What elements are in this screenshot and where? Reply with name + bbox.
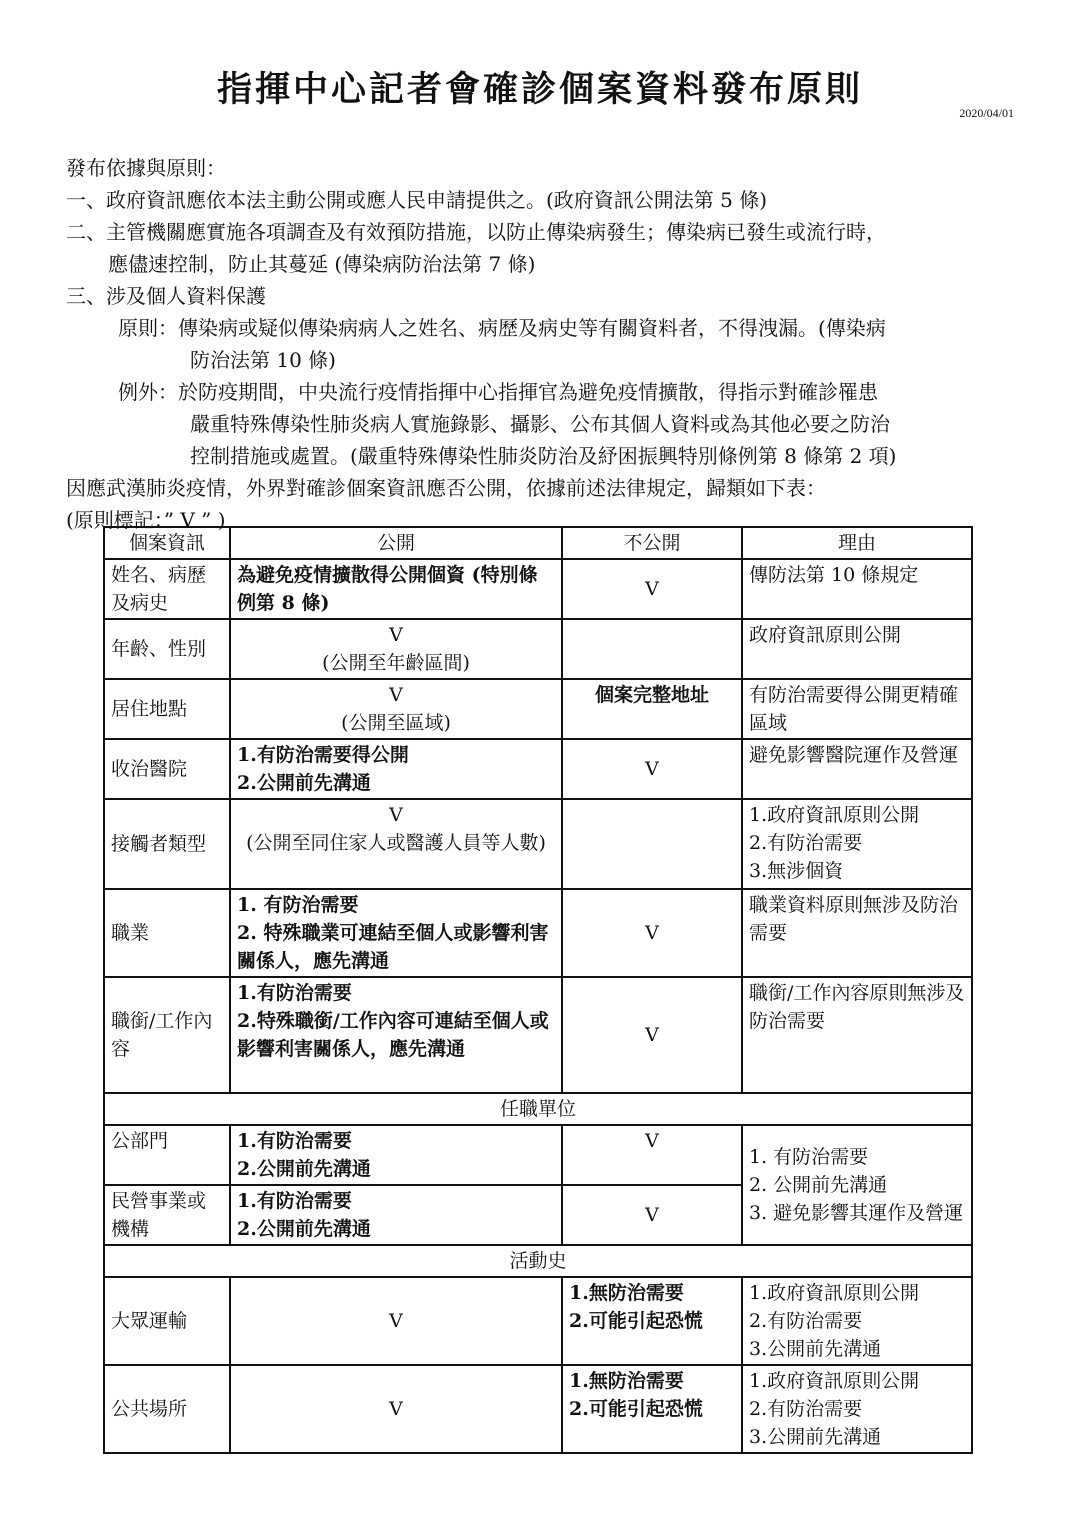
private-item: 2.可能引起恐慌 (569, 1395, 735, 1423)
public-item: 2.特殊職銜/工作內容可連結至個人或影響利害關係人，應先溝通 (237, 1007, 555, 1063)
cell-info: 收治醫院 (104, 739, 230, 799)
private-item: 1.無防治需要 (569, 1279, 735, 1307)
public-item: 1.有防治需要 (237, 1127, 555, 1155)
table-row: 姓名、病歷及病史 為避免疫情擴散得公開個資 (特別條例第 8 條) V 傳防法第… (104, 559, 972, 619)
reason-item: 1. 有防治需要 (749, 1143, 965, 1171)
reason-item: 3.無涉個資 (749, 857, 965, 885)
cell-public: V (230, 1365, 562, 1453)
table-row: 收治醫院 1.有防治需要得公開 2.公開前先溝通 V 避免影響醫院運作及營運 (104, 739, 972, 799)
reason-item: 2. 公開前先溝通 (749, 1171, 965, 1199)
summary-text: 因應武漢肺炎疫情，外界對確診個案資訊應否公開，依據前述法律規定，歸類如下表： (66, 472, 1026, 504)
intro-item-2: 二、主管機關應實施各項調查及有效預防措施，以防止傳染病發生；傳染病已發生或流行時… (66, 216, 1026, 248)
cell-reason: 職銜/工作內容原則無涉及防治需要 (742, 977, 972, 1093)
reason-item: 2.有防治需要 (749, 1307, 965, 1335)
cell-public: 1.有防治需要 2.公開前先溝通 (230, 1125, 562, 1185)
cell-public: V (公開至區域) (230, 679, 562, 739)
cell-public: 為避免疫情擴散得公開個資 (特別條例第 8 條) (230, 559, 562, 619)
public-item: 1.有防治需要 (237, 1187, 555, 1215)
intro-item-2-cont: 應儘速控制，防止其蔓延 (傳染病防治法第 7 條) (66, 248, 1026, 280)
cell-public: V (230, 1277, 562, 1365)
cell-reason: 職業資料原則無涉及防治需要 (742, 889, 972, 977)
cell-public: 1. 有防治需要 2. 特殊職業可連結至個人或影響利害關係人，應先溝通 (230, 889, 562, 977)
header-private: 不公開 (562, 527, 742, 559)
principle-text: 原則：傳染病或疑似傳染病病人之姓名、病歷及病史等有關資料者，不得洩漏。(傳染病 (66, 312, 1026, 344)
principle-text-cont: 防治法第 10 條) (66, 344, 1026, 376)
section-label: 任職單位 (104, 1093, 972, 1125)
cell-reason: 1.政府資訊原則公開 2.有防治需要 3.公開前先溝通 (742, 1365, 972, 1453)
cell-public: V (公開至年齡區間) (230, 619, 562, 679)
reason-item: 3. 避免影響其運作及營運 (749, 1199, 965, 1227)
header-reason: 理由 (742, 527, 972, 559)
cell-info: 職業 (104, 889, 230, 977)
header-public: 公開 (230, 527, 562, 559)
table-header-row: 個案資訊 公開 不公開 理由 (104, 527, 972, 559)
cell-private: 1.無防治需要 2.可能引起恐慌 (562, 1365, 742, 1453)
public-item: 2.公開前先溝通 (237, 1215, 555, 1243)
cell-info: 姓名、病歷及病史 (104, 559, 230, 619)
cell-public: 1.有防治需要 2.公開前先溝通 (230, 1185, 562, 1245)
table-row: 公共場所 V 1.無防治需要 2.可能引起恐慌 1.政府資訊原則公開 2.有防治… (104, 1365, 972, 1453)
reason-item: 3.公開前先溝通 (749, 1423, 965, 1451)
private-item: 2.可能引起恐慌 (569, 1307, 735, 1335)
cell-reason: 1.政府資訊原則公開 2.有防治需要 3.公開前先溝通 (742, 1277, 972, 1365)
exception-text: 例外：於防疫期間，中央流行疫情指揮中心指揮官為避免疫情擴散，得指示對確診罹患 (66, 376, 1026, 408)
cell-reason: 1.政府資訊原則公開 2.有防治需要 3.無涉個資 (742, 799, 972, 889)
cell-private: V (562, 739, 742, 799)
public-mark: V (237, 621, 555, 649)
reason-item: 3.公開前先溝通 (749, 1335, 965, 1363)
document-date: 2020/04/01 (959, 106, 1014, 121)
cell-info: 公共場所 (104, 1365, 230, 1453)
cell-private (562, 619, 742, 679)
disclosure-table: 個案資訊 公開 不公開 理由 姓名、病歷及病史 為避免疫情擴散得公開個資 (特別… (103, 526, 973, 1454)
header-info: 個案資訊 (104, 527, 230, 559)
exception-text-cont1: 嚴重特殊傳染性肺炎病人實施錄影、攝影、公布其個人資料或為其他必要之防治 (66, 408, 1026, 440)
cell-reason: 政府資訊原則公開 (742, 619, 972, 679)
table-row: 職銜/工作內容 1.有防治需要 2.特殊職銜/工作內容可連結至個人或影響利害關係… (104, 977, 972, 1093)
table-row: 接觸者類型 V (公開至同住家人或醫護人員等人數) 1.政府資訊原則公開 2.有… (104, 799, 972, 889)
cell-reason: 有防治需要得公開更精確區域 (742, 679, 972, 739)
intro-item-1: 一、政府資訊應依本法主動公開或應人民申請提供之。(政府資訊公開法第 5 條) (66, 184, 1026, 216)
cell-public: 1.有防治需要得公開 2.公開前先溝通 (230, 739, 562, 799)
section-label: 活動史 (104, 1245, 972, 1277)
cell-public: V (公開至同住家人或醫護人員等人數) (230, 799, 562, 889)
table-row: 職業 1. 有防治需要 2. 特殊職業可連結至個人或影響利害關係人，應先溝通 V… (104, 889, 972, 977)
cell-info: 年齡、性別 (104, 619, 230, 679)
public-mark: V (237, 681, 555, 709)
cell-info: 大眾運輸 (104, 1277, 230, 1365)
intro-section: 發布依據與原則： 一、政府資訊應依本法主動公開或應人民申請提供之。(政府資訊公開… (66, 152, 1026, 536)
public-item: 1. 有防治需要 (237, 891, 555, 919)
exception-text-cont2: 控制措施或處置。(嚴重特殊傳染性肺炎防治及紓困振興特別條例第 8 條第 2 項) (66, 440, 1026, 472)
cell-reason: 傳防法第 10 條規定 (742, 559, 972, 619)
public-note: (公開至同住家人或醫護人員等人數) (237, 829, 555, 857)
section-row-activity: 活動史 (104, 1245, 972, 1277)
cell-public: 1.有防治需要 2.特殊職銜/工作內容可連結至個人或影響利害關係人，應先溝通 (230, 977, 562, 1093)
cell-private: V (562, 1185, 742, 1245)
cell-private (562, 799, 742, 889)
document-title: 指揮中心記者會確診個案資料發布原則 (0, 62, 1080, 112)
public-item: 1.有防治需要 (237, 979, 555, 1007)
table-row: 年齡、性別 V (公開至年齡區間) 政府資訊原則公開 (104, 619, 972, 679)
section-row-employer: 任職單位 (104, 1093, 972, 1125)
reason-item: 1.政府資訊原則公開 (749, 1367, 965, 1395)
cell-info: 民營事業或機構 (104, 1185, 230, 1245)
table-row: 公部門 1.有防治需要 2.公開前先溝通 V 1. 有防治需要 2. 公開前先溝… (104, 1125, 972, 1185)
cell-reason: 避免影響醫院運作及營運 (742, 739, 972, 799)
intro-item-3: 三、涉及個人資料保護 (66, 280, 1026, 312)
cell-info: 職銜/工作內容 (104, 977, 230, 1093)
reason-item: 2.有防治需要 (749, 829, 965, 857)
public-item: 2.公開前先溝通 (237, 1155, 555, 1183)
cell-private: V (562, 977, 742, 1093)
cell-private: V (562, 1125, 742, 1185)
private-item: 1.無防治需要 (569, 1367, 735, 1395)
table-row: 大眾運輸 V 1.無防治需要 2.可能引起恐慌 1.政府資訊原則公開 2.有防治… (104, 1277, 972, 1365)
public-item: 2.公開前先溝通 (237, 769, 555, 797)
cell-private: 1.無防治需要 2.可能引起恐慌 (562, 1277, 742, 1365)
cell-private: 個案完整地址 (562, 679, 742, 739)
public-note: (公開至區域) (237, 709, 555, 737)
public-item: 2. 特殊職業可連結至個人或影響利害關係人，應先溝通 (237, 919, 555, 975)
cell-private: V (562, 889, 742, 977)
reason-item: 2.有防治需要 (749, 1395, 965, 1423)
table-row: 居住地點 V (公開至區域) 個案完整地址 有防治需要得公開更精確區域 (104, 679, 972, 739)
intro-heading: 發布依據與原則： (66, 152, 1026, 184)
public-mark: V (237, 801, 555, 829)
cell-reason-shared: 1. 有防治需要 2. 公開前先溝通 3. 避免影響其運作及營運 (742, 1125, 972, 1245)
reason-item: 1.政府資訊原則公開 (749, 801, 965, 829)
public-note: (公開至年齡區間) (237, 649, 555, 677)
cell-info: 接觸者類型 (104, 799, 230, 889)
cell-info: 公部門 (104, 1125, 230, 1185)
cell-info: 居住地點 (104, 679, 230, 739)
reason-item: 1.政府資訊原則公開 (749, 1279, 965, 1307)
cell-private: V (562, 559, 742, 619)
public-item: 1.有防治需要得公開 (237, 741, 555, 769)
